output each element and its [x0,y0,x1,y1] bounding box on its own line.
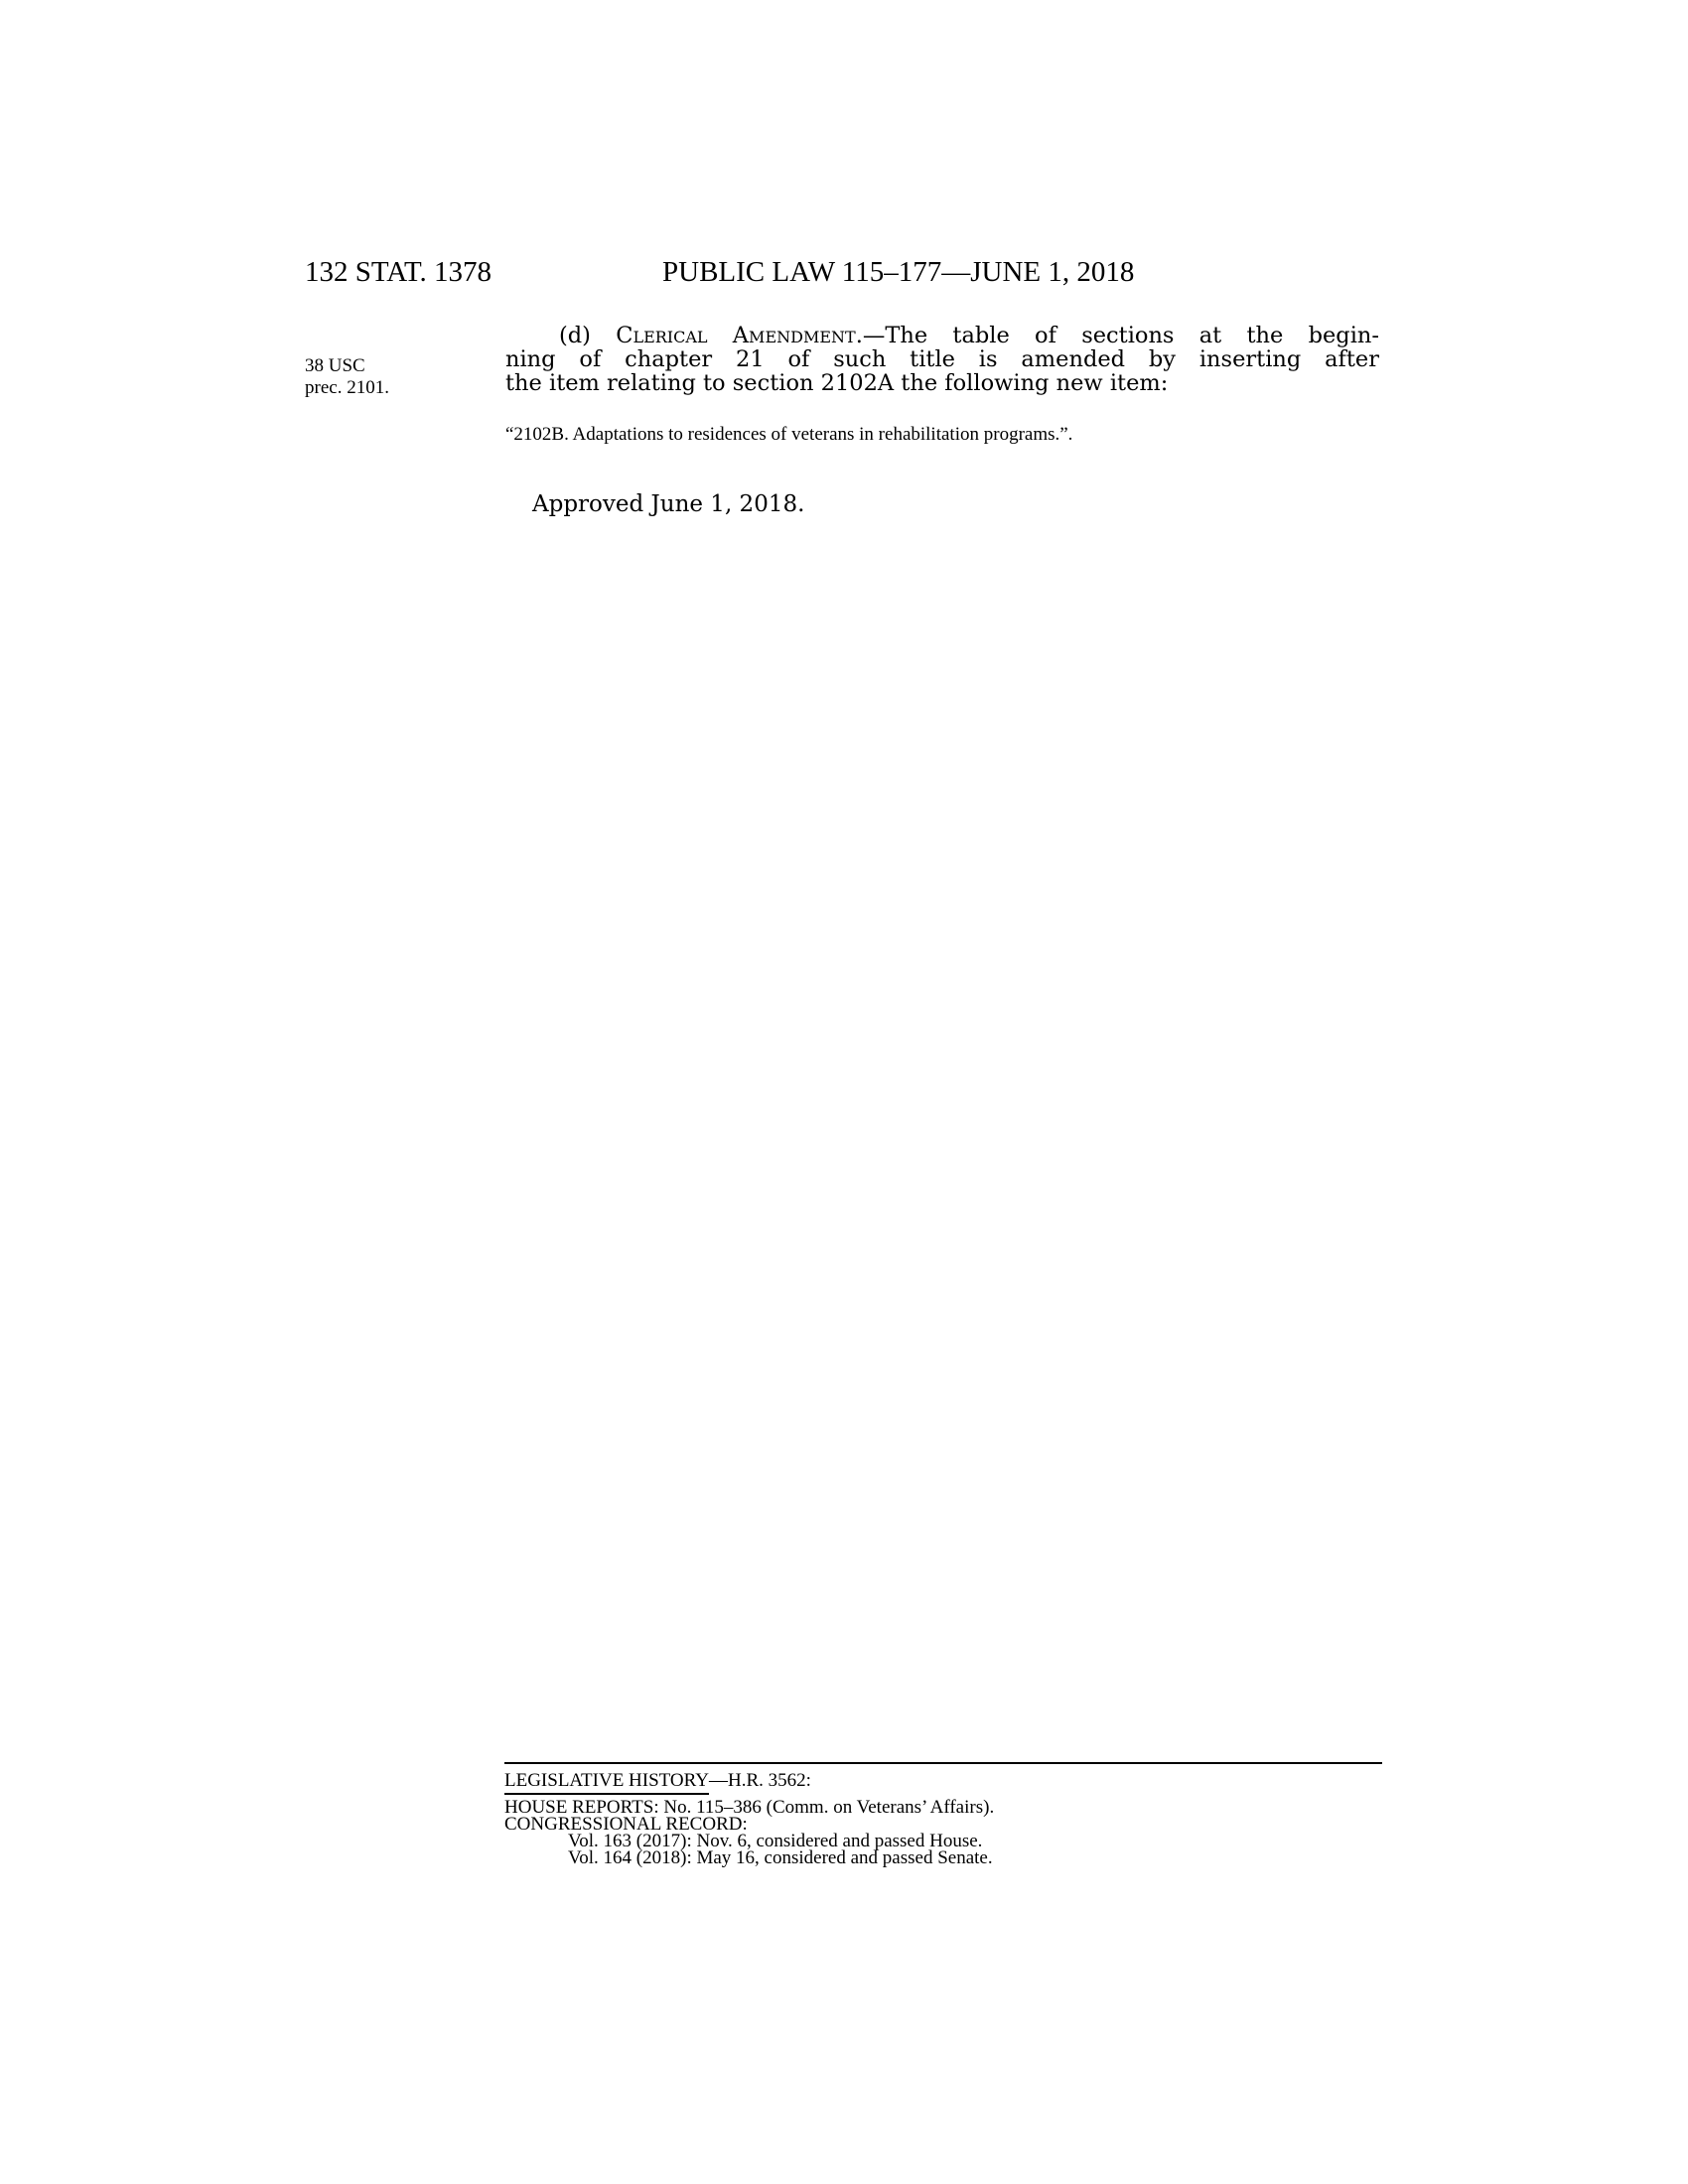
subsection-label: (d) [559,323,616,348]
bill-number: —H.R. 3562: [709,1770,811,1791]
paragraph-line-1-text: .—The table of sections at the begin- [856,323,1379,348]
legislative-history: LEGISLATIVE HISTORY—H.R. 3562: HOUSE REP… [504,1772,994,1866]
subsection-heading: Clerical Amendment [616,323,855,348]
margin-note-line-2: prec. 2101. [305,377,389,399]
approval-date: Approved June 1, 2018. [532,491,804,517]
congressional-record-entry: Vol. 164 (2018): May 16, considered and … [504,1849,994,1866]
footer-divider-rule [504,1762,1382,1764]
paragraph-line-2: ning of chapter 21 of such title is amen… [505,347,1379,371]
page-header-title: PUBLIC LAW 115–177—JUNE 1, 2018 [662,258,1134,287]
page-stat-reference: 132 STAT. 1378 [305,258,492,287]
paragraph-line-1: (d) Clerical Amendment.—The table of sec… [505,324,1379,347]
paragraph-line-3: the item relating to section 2102A the f… [505,371,1379,395]
legislative-history-title: LEGISLATIVE HISTORY—H.R. 3562: [504,1772,811,1789]
margin-citation-note: 38 USC prec. 2101. [305,355,389,399]
legislative-history-heading: LEGISLATIVE HISTORY [504,1770,709,1795]
margin-note-line-1: 38 USC [305,355,389,377]
inserted-table-item: “2102B. Adaptations to residences of vet… [505,425,1072,445]
clerical-amendment-paragraph: (d) Clerical Amendment.—The table of sec… [505,324,1379,395]
